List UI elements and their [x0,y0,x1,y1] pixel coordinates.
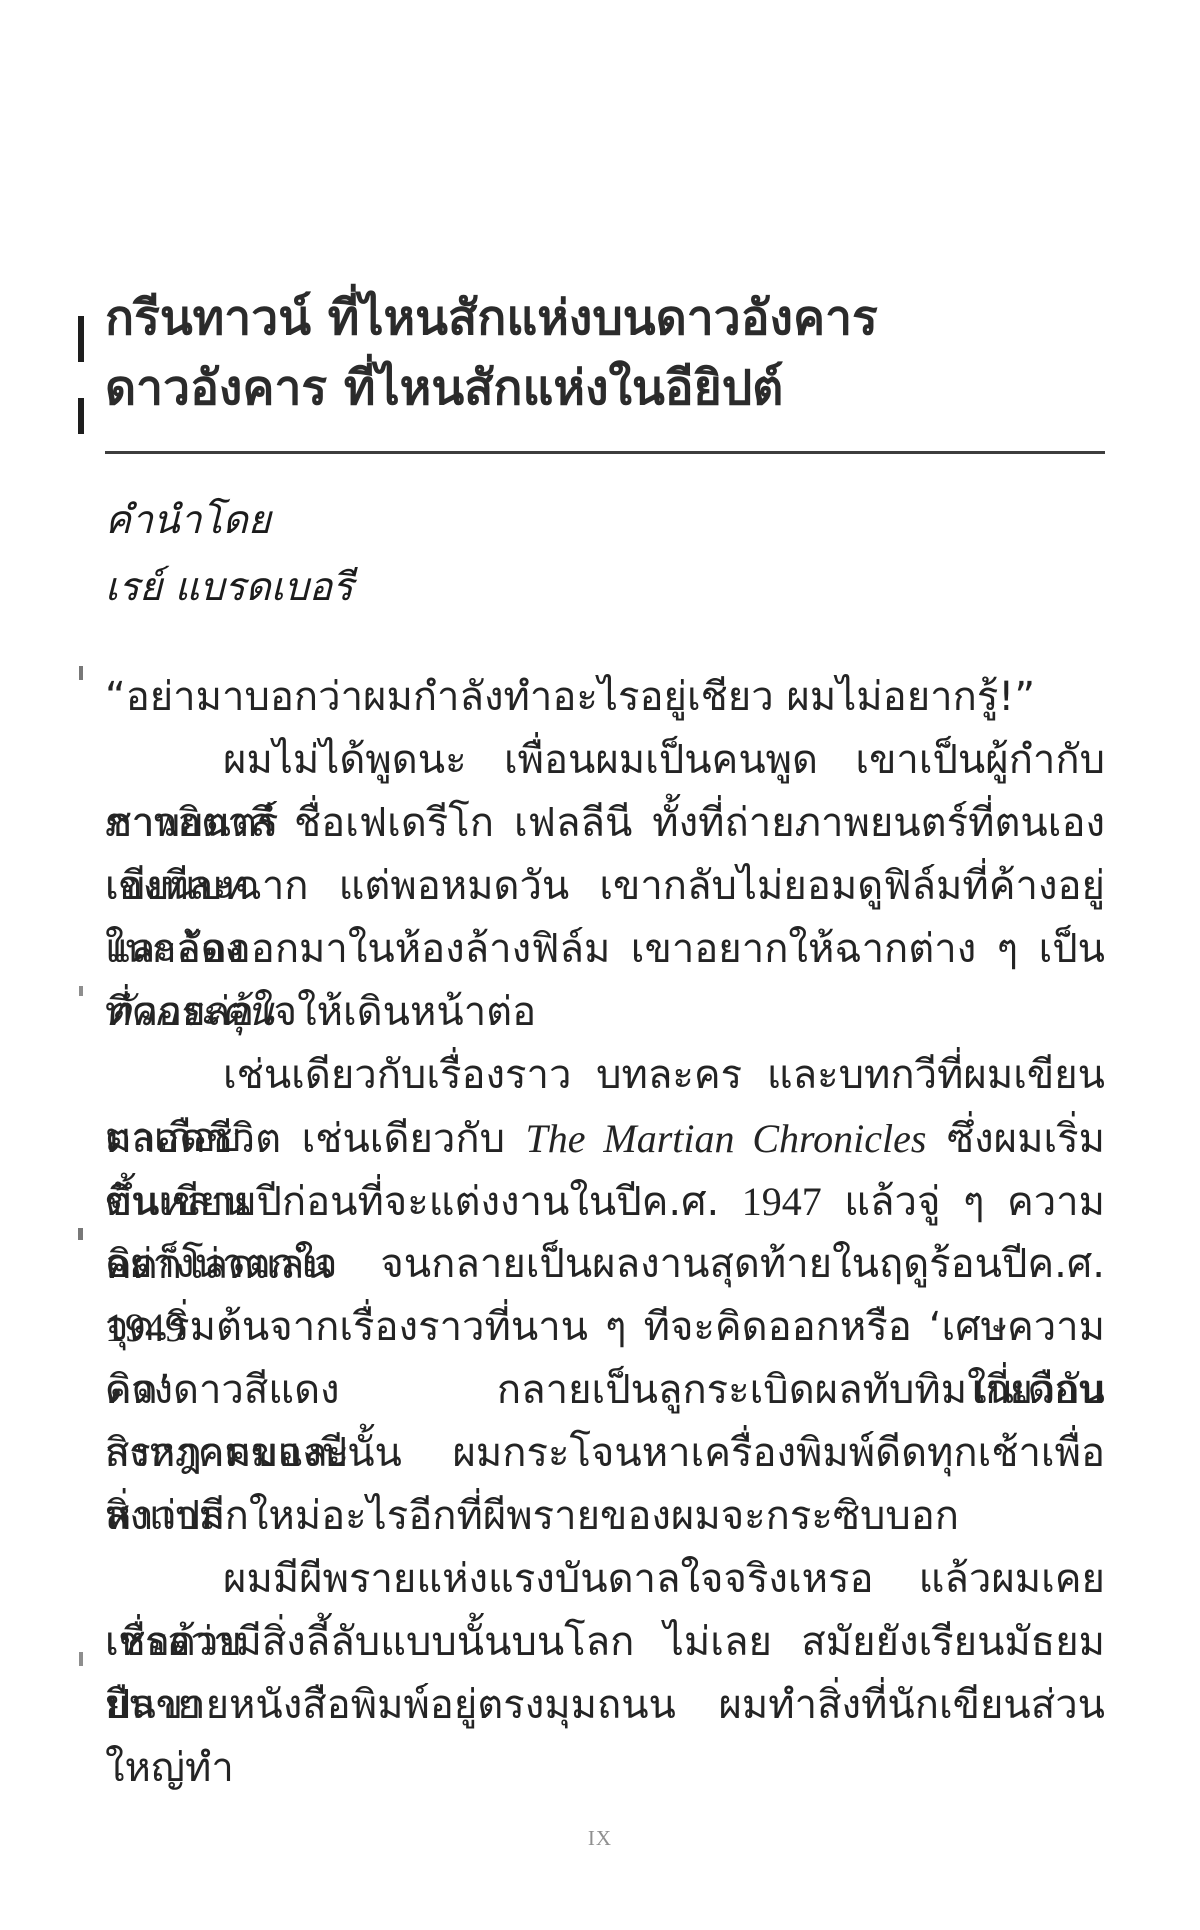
text-line: ชาวอิตาลี ชื่อเฟเดรีโก เฟลลีนี ทั้งที่ถ่… [105,792,1105,855]
text-segment: อย่างน่าตกใจ จนกลายเป็นผลงานสุดท้ายในฤดู… [105,1241,1105,1287]
text-line: เองทีละฉาก แต่พอหมดวัน เขากลับไม่ยอมดูฟิ… [105,855,1105,918]
text-line: ผมไม่ได้พูดนะ เพื่อนผมเป็นคนพูด เขาเป็นผ… [105,729,1105,792]
text-line: เช่นเดียวกับเรื่องราว บทละคร และบทกวีที่… [105,1044,1105,1107]
byline-label: คำนำโดย [105,487,1105,554]
scan-artifact [79,1652,83,1666]
text-line: ยืนขายหนังสือพิมพ์อยู่ตรงมุมถนน ผมทำสิ่ง… [105,1674,1105,1737]
text-segment: และอัดออกมาในห้องล้างฟิล์ม เขาอยากให้ฉาก… [105,926,1105,972]
text-segment: “อย่ามาบอกว่าผมกำลังทำอะไรอยู่เชียว ผมไม… [105,674,1035,720]
text-line: ผมมีผีพรายแห่งแรงบันดาลใจจริงเหรอ แล้วผม… [105,1548,1105,1611]
text-segment: ที่คอยล่อใจให้เดินหน้าต่อ [105,989,536,1035]
text-segment: ขึ้นหลายปีก่อนที่จะแต่งงานในปีค.ศ. [105,1179,742,1225]
body-text: “อย่ามาบอกว่าผมกำลังทำอะไรอยู่เชียว ผมไม… [105,666,1105,1737]
scan-artifact [78,316,84,362]
scan-artifact [78,1228,83,1240]
chapter-title-line-2: ดาวอังคาร ที่ไหนสักแห่งในอียิปต์ [105,353,1105,423]
text-segment: สิ่งแปลกใหม่อะไรอีกที่ผีพรายของผมจะกระซิ… [105,1493,959,1539]
text-line: ดวงดาวสีแดง กลายเป็นลูกระเบิดผลทับทิมในเ… [105,1359,1105,1422]
text-segment: The Martian Chronicles [526,1116,927,1161]
scan-artifact [79,666,83,680]
text-line: ขึ้นหลายปีก่อนที่จะแต่งงานในปีค.ศ. 1947 … [105,1170,1105,1233]
text-line: สิ่งแปลกใหม่อะไรอีกที่ผีพรายของผมจะกระซิ… [105,1485,1105,1548]
text-line: และอัดออกมาในห้องล้างฟิล์ม เขาอยากให้ฉาก… [105,918,1105,981]
scan-artifact [79,986,83,996]
text-line: สิงหาคมของปีนั้น ผมกระโจนหาเครื่องพิมพ์ด… [105,1422,1105,1485]
page-number: IX [0,1826,1200,1851]
text-segment: 1947 [742,1179,822,1224]
book-page: กรีนทาวน์ ที่ไหนสักแห่งบนดาวอังคาร ดาวอั… [0,0,1200,1930]
text-line: “อย่ามาบอกว่าผมกำลังทำอะไรอยู่เชียว ผมไม… [105,666,1105,729]
text-segment: ยืนขายหนังสือพิมพ์อยู่ตรงมุมถนน ผมทำสิ่ง… [105,1682,1105,1791]
chapter-title-line-1: กรีนทาวน์ ที่ไหนสักแห่งบนดาวอังคาร [105,283,1105,353]
byline-author: เรย์ แบรดเบอรี [105,554,1105,621]
text-line: จุดเริ่มต้นจากเรื่องราวที่นาน ๆ ทีจะคิดอ… [105,1296,1105,1359]
scan-artifact [78,398,84,434]
text-line: ที่คอยล่อใจให้เดินหน้าต่อ [105,981,1105,1044]
title-divider [105,451,1105,454]
text-line: ตลอดชีวิต เช่นเดียวกับ The Martian Chron… [105,1107,1105,1170]
text-line: เหรอว่ามีสิ่งลี้ลับแบบนั้นบนโลก ไม่เลย ส… [105,1611,1105,1674]
text-segment: ตลอดชีวิต เช่นเดียวกับ [105,1116,526,1162]
chapter-title: กรีนทาวน์ ที่ไหนสักแห่งบนดาวอังคาร ดาวอั… [105,283,1105,423]
byline: คำนำโดย เรย์ แบรดเบอรี [105,487,1105,621]
text-line: อย่างน่าตกใจ จนกลายเป็นผลงานสุดท้ายในฤดู… [105,1233,1105,1296]
